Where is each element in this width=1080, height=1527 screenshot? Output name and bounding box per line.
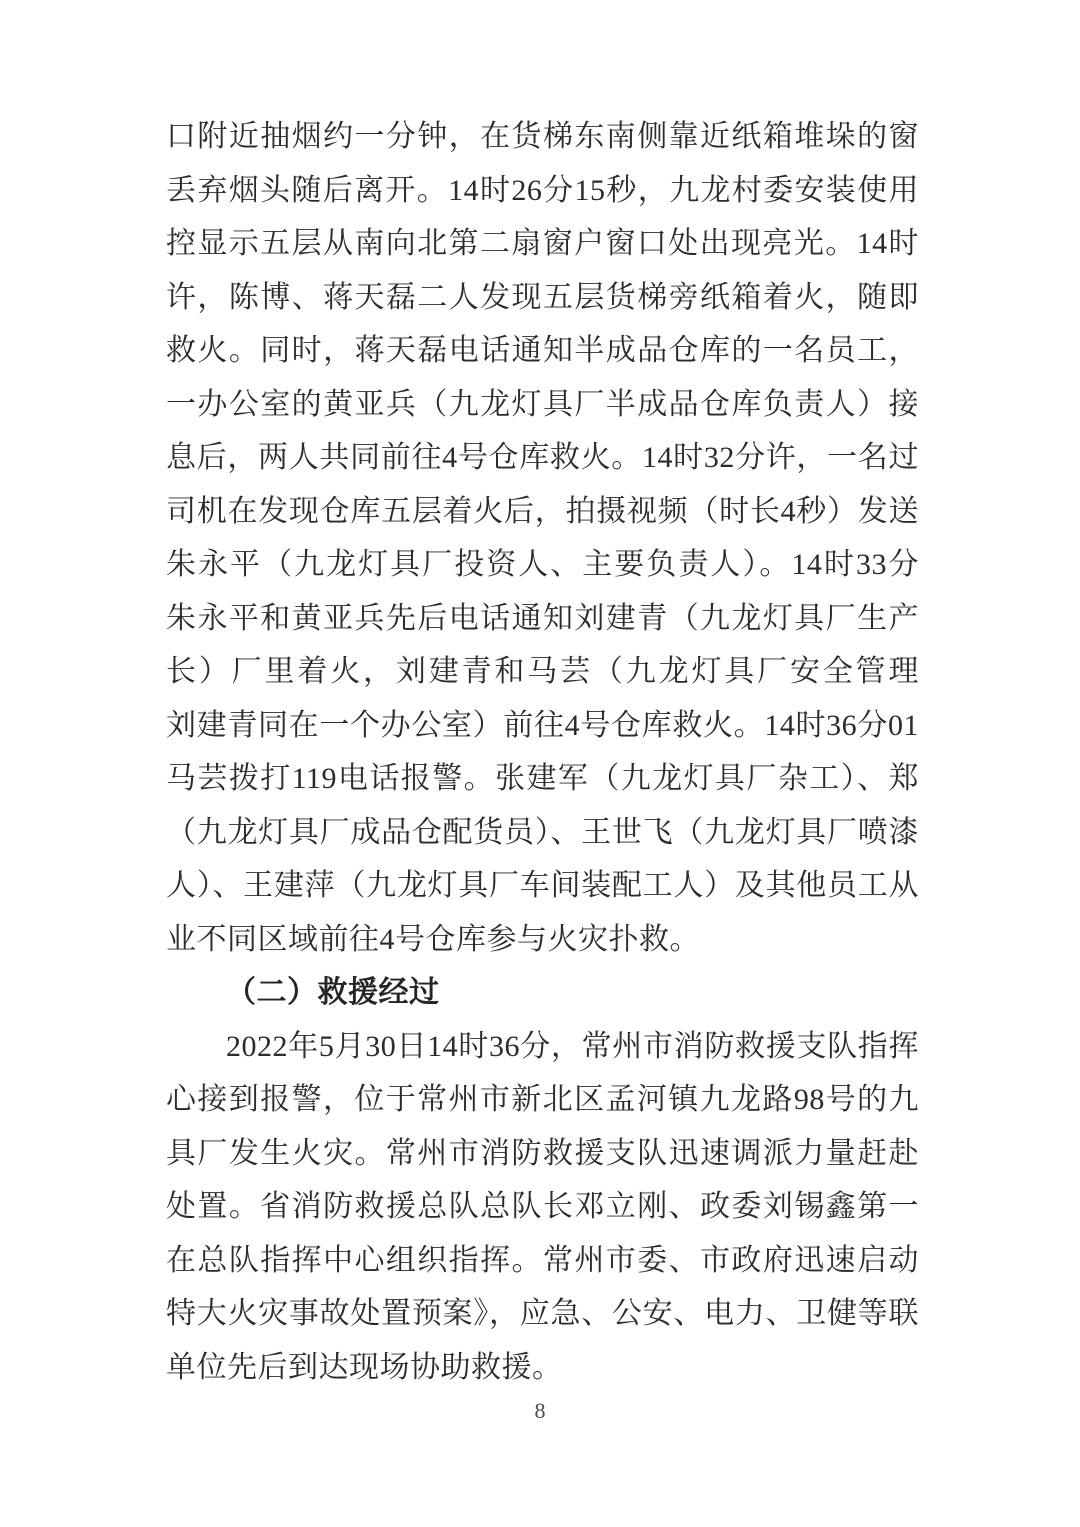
body-line: 马芸拨打119电话报警。张建军（九龙灯具厂杂工）、郑威 [166,752,919,806]
body-line: 特大火灾事故处置预案》，应急、公安、电力、卫健等联动 [166,1287,919,1341]
body-line: 长）厂里着火，刘建青和马芸（九龙灯具厂安全管理人，与 [166,645,919,699]
section-heading: （二）救援经过 [166,966,919,1020]
body-line: 控显示五层从南向北第二扇窗户窗口处出现亮光。14时31分 [166,217,919,271]
document-body: 口附近抽烟约一分钟，在货梯东南侧靠近纸箱堆垛的窗口处 丢弃烟头随后离开。14时2… [166,110,919,1394]
body-line: 2022年5月30日14时36分，常州市消防救援支队指挥中 [166,1020,919,1074]
document-page: 口附近抽烟约一分钟，在货梯东南侧靠近纸箱堆垛的窗口处 丢弃烟头随后离开。14时2… [0,0,1080,1527]
body-line: （九龙灯具厂成品仓配货员）、王世飞（九龙灯具厂喷漆工 [166,806,919,860]
body-line: 息后，两人共同前往4号仓库救火。14时32分许，一名过路 [166,431,919,485]
body-line: 口附近抽烟约一分钟，在货梯东南侧靠近纸箱堆垛的窗口处 [166,110,919,164]
body-line: 许，陈博、蒋天磊二人发现五层货梯旁纸箱着火，随即开始 [166,271,919,325]
body-line: 司机在发现仓库五层着火后，拍摄视频（时长4秒）发送给 [166,485,919,539]
body-line: 在总队指挥中心组织指挥。常州市委、市政府迅速启动《重 [166,1234,919,1288]
body-line: 人）、王建萍（九龙灯具厂车间装配工人）及其他员工从企 [166,859,919,913]
body-line: 丢弃烟头随后离开。14时26分15秒，九龙村委安装使用的监 [166,164,919,218]
body-line: 具厂发生火灾。常州市消防救援支队迅速调派力量赶赴现场 [166,1127,919,1181]
body-line: 救火。同时，蒋天磊电话通知半成品仓库的一名员工，在同 [166,324,919,378]
body-line: 一办公室的黄亚兵（九龙灯具厂半成品仓库负责人）接到消 [166,378,919,432]
body-line: 处置。省消防救援总队总队长邓立刚、政委刘锡鑫第一时间 [166,1180,919,1234]
body-line: 业不同区域前往4号仓库参与火灾扑救。 [166,913,919,967]
body-line: 朱永平（九龙灯具厂投资人、主要负责人）。14时33分许， [166,538,919,592]
body-line: 单位先后到达现场协助救援。 [166,1341,919,1395]
body-line: 朱永平和黄亚兵先后电话通知刘建青（九龙灯具厂生产厂 [166,592,919,646]
body-line: 刘建青同在一个办公室）前往4号仓库救火。14时36分01秒， [166,699,919,753]
body-line: 心接到报警，位于常州市新北区孟河镇九龙路98号的九龙灯 [166,1073,919,1127]
page-number: 8 [0,1396,1080,1426]
